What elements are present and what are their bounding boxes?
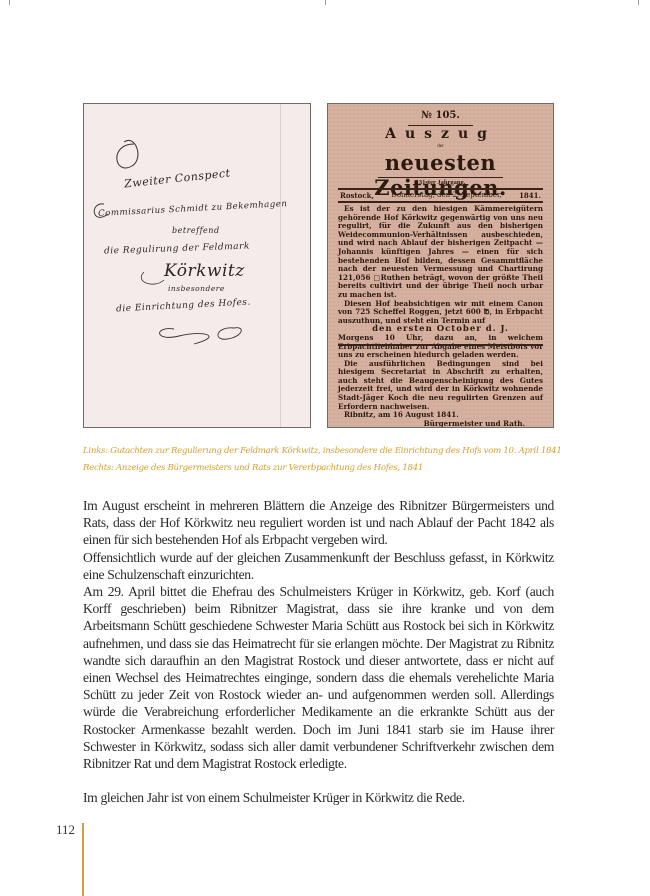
newspaper-image: № 105. Auszug der neuesten Zeitungen. 13… [327,103,554,428]
newspaper-paragraph: Es ist der zu den hiesigen Kämmereigüter… [338,205,543,300]
divider [338,188,543,190]
crop-mark-left [9,0,10,5]
body-paragraph: Im gleichen Jahr ist von einem Schulmeis… [83,789,554,806]
newspaper-paragraph: Diesen Hof beabsichtigen wir mit einem C… [338,300,543,326]
divider [338,344,543,346]
manuscript-line-6: insbesondere [168,284,225,293]
page-accent-rule [82,823,84,896]
body-paragraph: Offensichtlich wurde auf der gleichen Zu… [83,549,554,583]
body-paragraph: Am 29. April bittet die Ehefrau des Schu… [83,583,554,772]
crop-mark-center [325,0,326,5]
newspaper-announcement: Es ist der zu den hiesigen Kämmereigüter… [338,205,543,428]
figure-caption-right: Rechts: Anzeige des Bürgermeisters und R… [83,460,603,477]
page-number: 112 [56,822,75,838]
newspaper-paragraph: Die ausführlichen Bedingungen sind bei h… [338,360,543,412]
newspaper-year: 1841. [519,191,541,200]
newspaper-paragraph: Morgens 10 Uhr, dazu an, in welchem Erbp… [338,334,543,360]
crop-mark-right [638,0,639,5]
newspaper-masthead-small: der [328,144,553,149]
newspaper-date: Donnerstag, den 2. September, [391,191,502,200]
manuscript-line-3: betreffend [172,226,220,235]
figure-caption-left: Links: Gutachten zur Regulierung der Fel… [83,443,603,460]
newspaper-signature: Bürgermeister und Rath. [338,420,543,428]
newspaper-place: Rostock, [340,191,374,200]
divider [338,201,543,203]
newspaper-volume: 131ster Jahrgang. [328,179,553,186]
newspaper-masthead-top: Auszug [328,126,553,142]
newspaper-issue-number: № 105. [328,110,553,121]
body-paragraph: Im August erscheint in mehreren Blättern… [83,497,554,549]
body-text: Im August erscheint in mehreren Blättern… [83,497,554,806]
newspaper-dateline: Rostock, Donnerstag, den 2. September, 1… [340,191,541,200]
divider [378,177,503,178]
manuscript-line-5: Körkwitz [164,261,245,281]
manuscript-image: Zweiter Conspect Commissarius Schmidt zu… [83,103,311,428]
